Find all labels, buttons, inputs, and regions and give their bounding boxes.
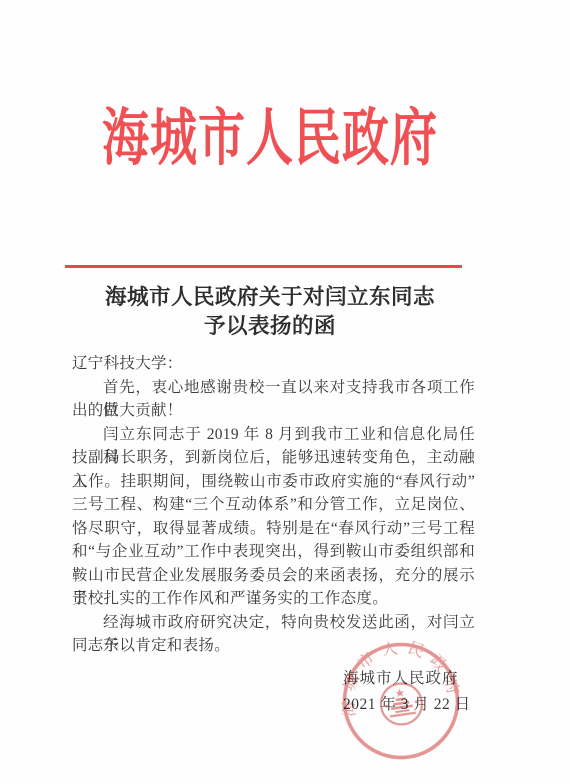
body-line: 三号工程、构建“三个互动体系”和分管工作，立足岗位、 — [72, 493, 475, 517]
red-divider-rule — [65, 265, 462, 268]
document-title: 海城市人民政府关于对闫立东同志 予以表扬的函 — [40, 283, 500, 341]
body-line: 恪尽职守，取得显著成绩。特别是在“春风行动”三号工程 — [72, 517, 475, 541]
body-line: 工作。挂职期间，围绕鞍山市委市政府实施的“春风行动” — [72, 470, 475, 494]
body-line: 出的巨大贡献！ — [72, 399, 475, 423]
letterhead-title: 海城市人民政府 — [0, 106, 540, 174]
official-seal-graphic: 海城市人民政府 — [333, 633, 469, 769]
body-line: 首先，衷心地感谢贵校一直以来对支持我市各项工作做 — [72, 376, 475, 400]
body-line: 经海城市政府研究决定，特向贵校发送此函，对闫立东 — [72, 611, 475, 635]
salutation: 辽宁科技大学： — [72, 352, 475, 376]
body-line: 闫立东同志于 2019 年 8 月到我市工业和信息化局任科 — [72, 423, 475, 447]
letter-page: 海城市人民政府 海城市人民政府关于对闫立东同志 予以表扬的函 辽宁科技大学： 首… — [0, 0, 570, 784]
document-title-line2: 予以表扬的函 — [40, 312, 500, 341]
seal-arc-text: 海城市人民政府 — [333, 633, 463, 719]
body-line: 和“与企业互动”工作中表现突出，得到鞍山市委组织部和 — [72, 540, 475, 564]
national-emblem-icon — [378, 681, 424, 727]
body-line: 鞍山市民营企业发展服务委员会的来函表扬，充分的展示了 — [72, 564, 475, 588]
letter-body: 辽宁科技大学： 首先，衷心地感谢贵校一直以来对支持我市各项工作做 出的巨大贡献！… — [72, 352, 475, 658]
body-line: 技副局长职务，到新岗位后，能够迅速转变角色，主动融入 — [72, 446, 475, 470]
body-line: 贵校扎实的工作作风和严谨务实的工作态度。 — [72, 587, 475, 611]
official-seal-stamp: 海城市人民政府 — [333, 633, 469, 769]
document-title-line1: 海城市人民政府关于对闫立东同志 — [40, 283, 500, 312]
